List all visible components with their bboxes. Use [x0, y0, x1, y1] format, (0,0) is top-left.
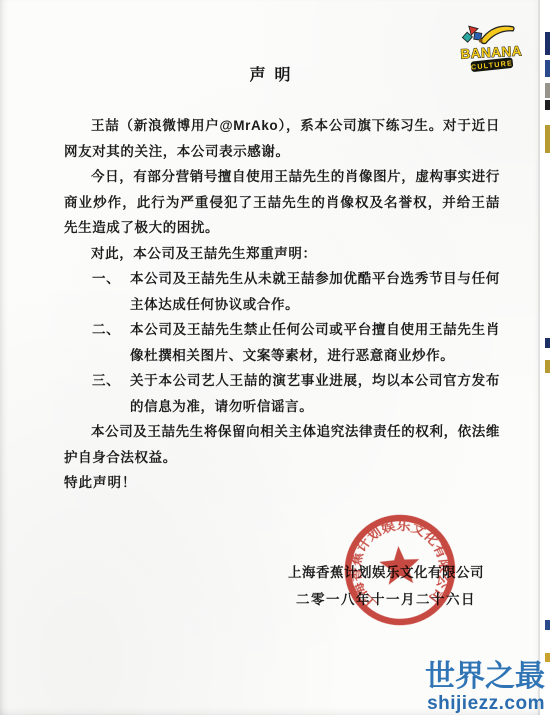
statement-body: 王喆（新浪微博用户@MrAko），系本公司旗下练习生。对于近日网友对其的关注，本…	[64, 113, 500, 496]
company-seal-stamp: 上海香蕉计划娱乐文化有限公司	[338, 508, 462, 632]
list-item-number: 二、	[92, 317, 130, 368]
list-item-text: 本公司及王喆先生从未就王喆参加优酷平台选秀节目与任何主体达成任何协议或合作。	[130, 266, 500, 317]
list-item-number: 三、	[92, 368, 130, 419]
statement-paragraph-3: 对此，本公司及王喆先生郑重声明：	[64, 241, 500, 267]
page-edge-fragment	[545, 83, 550, 98]
statement-list: 一、 本公司及王喆先生从未就王喆参加优酷平台选秀节目与任何主体达成任何协议或合作…	[64, 266, 500, 419]
page-edge-fragment	[545, 338, 550, 348]
logo-banana-text: BANANA	[460, 43, 522, 61]
banana-icon	[480, 26, 515, 44]
list-item-text: 关于本公司艺人王喆的演艺事业进展，均以本公司官方发布的信息为准，请勿听信谣言。	[130, 368, 500, 419]
statement-list-item-2: 二、 本公司及王喆先生禁止任何公司或平台擅自使用王喆先生肖像杜撰相关图片、文案等…	[92, 317, 500, 368]
list-item-number: 一、	[92, 266, 130, 317]
page-edge-fragment	[545, 32, 550, 55]
statement-list-item-3: 三、 关于本公司艺人王喆的演艺事业进展，均以本公司官方发布的信息为准，请勿听信谣…	[92, 368, 500, 419]
statement-closing-paragraph: 本公司及王喆先生将保留向相关主体追究法律责任的权利，依法维护自身合法权益。	[64, 419, 500, 470]
list-item-text: 本公司及王喆先生禁止任何公司或平台擅自使用王喆先生肖像杜撰相关图片、文案等素材，…	[130, 317, 500, 368]
statement-list-item-1: 一、 本公司及王喆先生从未就王喆参加优酷平台选秀节目与任何主体达成任何协议或合作…	[92, 266, 500, 317]
watermark-chinese-text: 世界之最	[425, 662, 545, 692]
hereby-declaration: 特此声明！	[64, 470, 500, 496]
page-edge-fragment	[545, 653, 550, 662]
page-edge-fragment	[545, 60, 550, 77]
statement-paragraph-2: 今日，有部分营销号擅自使用王喆先生的肖像图片，虚构事实进行商业炒作，此行为严重侵…	[64, 164, 500, 241]
page-edge-fragment	[545, 620, 550, 630]
document-title: 声明	[0, 62, 540, 85]
paper-right-edge	[538, 0, 540, 715]
site-watermark: 世界之最 shijiezz.com	[425, 662, 545, 713]
seal-star-icon	[378, 545, 421, 586]
statement-paragraph-1: 王喆（新浪微博用户@MrAko），系本公司旗下练习生。对于近日网友对其的关注，本…	[64, 113, 500, 164]
page-edge-fragment	[545, 360, 550, 373]
page-edge-fragment	[545, 100, 550, 110]
page-edge-fragment	[545, 125, 550, 153]
banana-stem	[479, 39, 483, 43]
watermark-domain-text: shijiezz.com	[425, 694, 545, 713]
